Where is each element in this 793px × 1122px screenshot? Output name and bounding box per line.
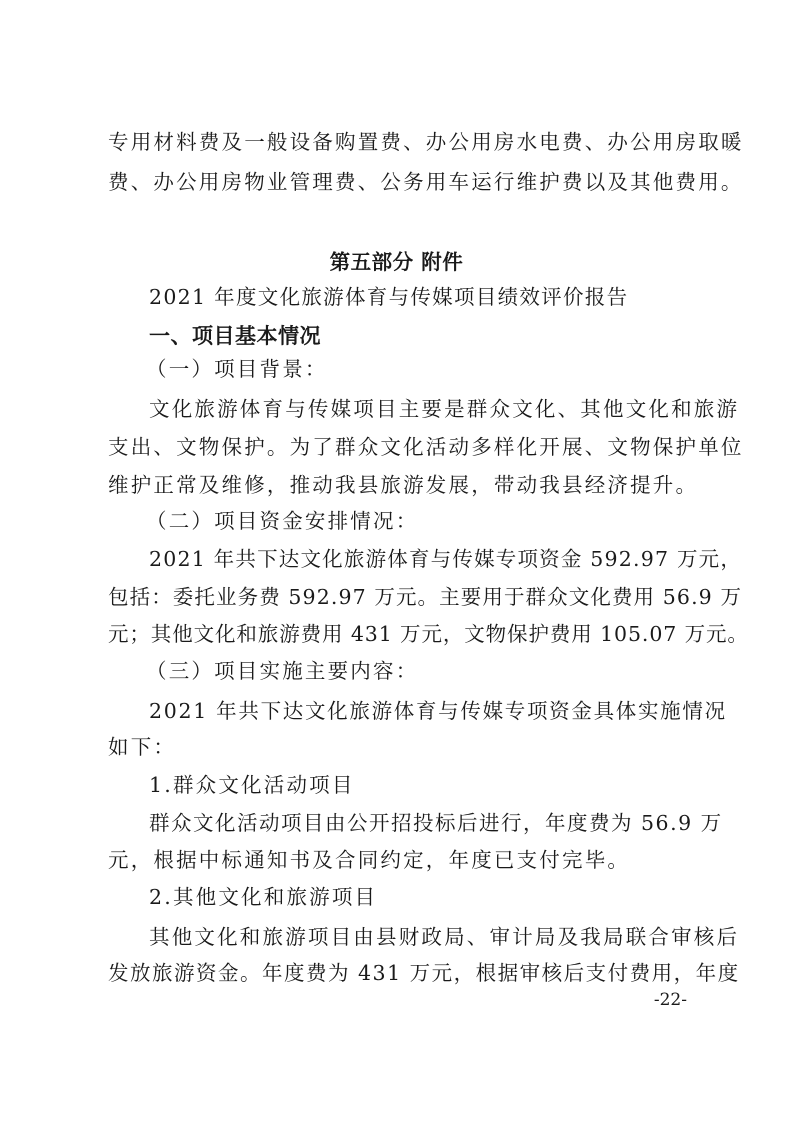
heading-basic-info: 一、项目基本情况 xyxy=(149,323,690,349)
section-title: 第五部分 附件 xyxy=(0,249,793,275)
paragraph-line: 元；其他文化和旅游费用 431 万元，文物保护费用 105.07 万元。 xyxy=(108,621,690,647)
paragraph-line: 如下： xyxy=(108,734,690,760)
report-title: 2021 年度文化旅游体育与传媒项目绩效评价报告 xyxy=(149,284,690,310)
paragraph-line: 维护正常及维修，推动我县旅游发展，带动我县经济提升。 xyxy=(108,472,690,498)
subheading-background: （一）项目背景： xyxy=(146,356,728,382)
paragraph-line: 元，根据中标通知书及合同约定，年度已支付完毕。 xyxy=(108,847,690,873)
item-title-other-culture: 2.其他文化和旅游项目 xyxy=(149,884,690,910)
paragraph-line: 群众文化活动项目由公开招投标后进行，年度费为 56.9 万 xyxy=(149,810,690,836)
paragraph-line: 包括：委托业务费 592.97 万元。主要用于群众文化费用 56.9 万 xyxy=(108,584,690,610)
paragraph-line: 发放旅游资金。年度费为 431 万元，根据审核后支付费用，年度 xyxy=(108,960,690,986)
subheading-funding: （二）项目资金安排情况： xyxy=(146,508,728,534)
body-text-line: 费、办公用房物业管理费、公务用车运行维护费以及其他费用。 xyxy=(108,169,690,195)
paragraph-line: 其他文化和旅游项目由县财政局、审计局及我局联合审核后 xyxy=(149,924,690,950)
paragraph-line: 支出、文物保护。为了群众文化活动多样化开展、文物保护单位 xyxy=(108,434,690,460)
item-title-mass-culture: 1.群众文化活动项目 xyxy=(149,772,690,798)
body-text-line: 专用材料费及一般设备购置费、办公用房水电费、办公用房取暖 xyxy=(108,129,690,155)
paragraph-line: 2021 年共下达文化旅游体育与传媒专项资金具体实施情况 xyxy=(149,698,690,724)
page-number: -22- xyxy=(654,990,687,1010)
subheading-implementation: （三）项目实施主要内容： xyxy=(146,658,728,684)
paragraph-line: 2021 年共下达文化旅游体育与传媒专项资金 592.97 万元， xyxy=(149,546,690,572)
paragraph-line: 文化旅游体育与传媒项目主要是群众文化、其他文化和旅游 xyxy=(149,396,690,422)
